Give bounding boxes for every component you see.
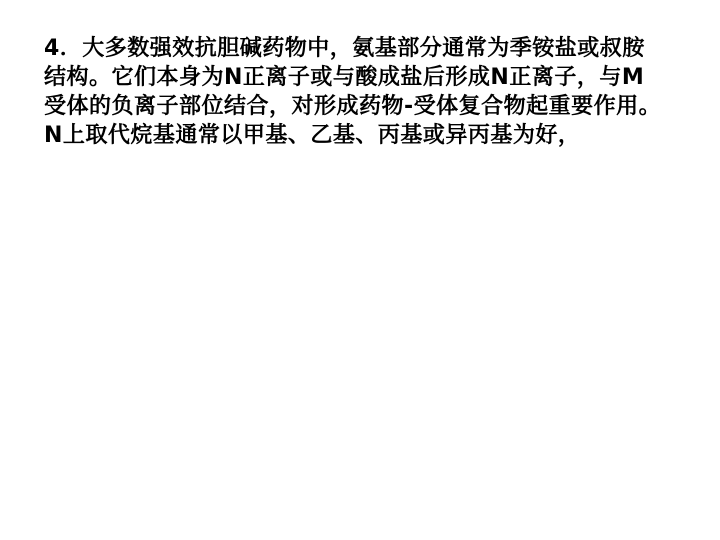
text-paragraph: 4．大多数强效抗胆碱药物中，氨基部分通常为季铵盐或叔胺 结构。它们本身为N正离子… [44, 34, 694, 150]
paragraph-line-4: N上取代烷基通常以甲基、乙基、丙基或异丙基为好， [44, 121, 694, 150]
paragraph-line-1: 4．大多数强效抗胆碱药物中，氨基部分通常为季铵盐或叔胺 [44, 34, 694, 63]
paragraph-line-2: 结构。它们本身为N正离子或与酸成盐后形成N正离子，与M [44, 63, 694, 92]
paragraph-line-3: 受体的负离子部位结合，对形成药物-受体复合物起重要作用。 [44, 92, 694, 121]
slide: 4．大多数强效抗胆碱药物中，氨基部分通常为季铵盐或叔胺 结构。它们本身为N正离子… [0, 0, 720, 540]
